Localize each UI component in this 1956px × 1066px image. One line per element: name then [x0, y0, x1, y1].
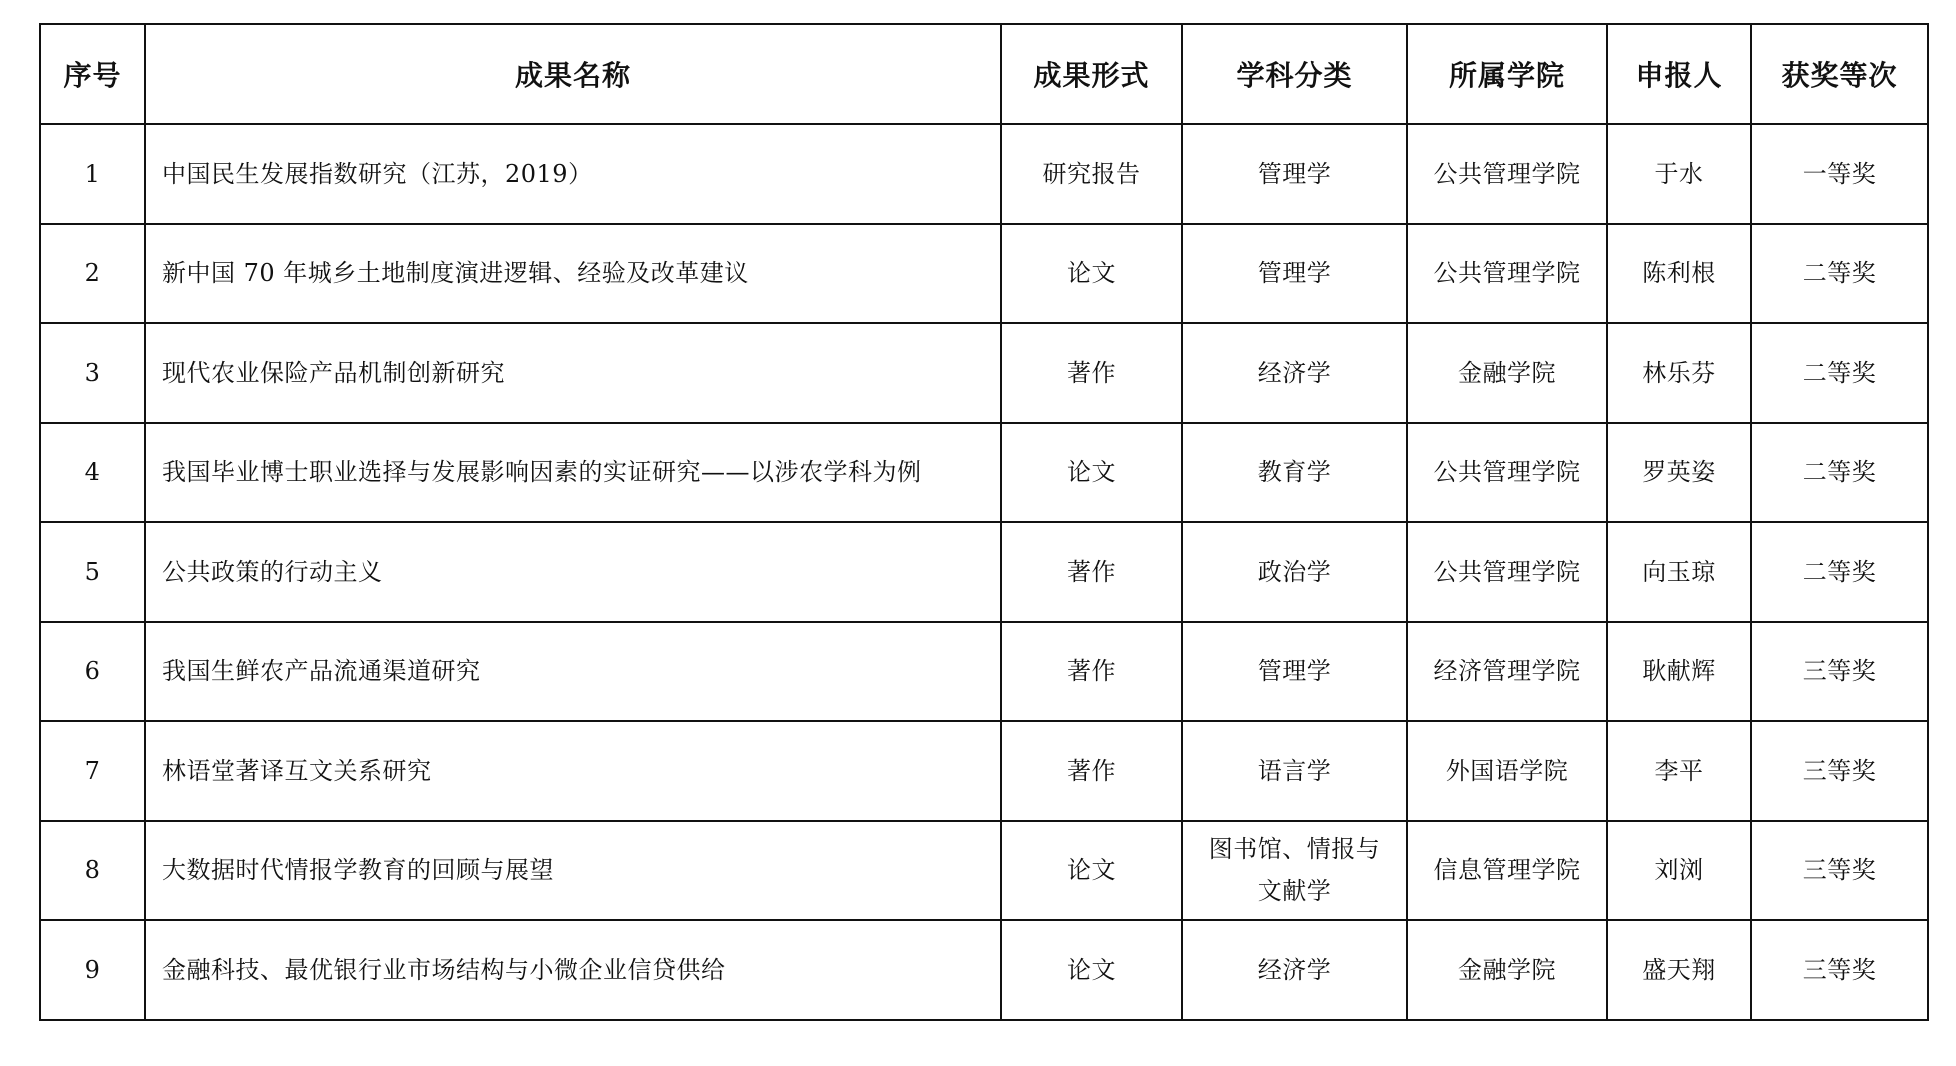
table-row: 5 公共政策的行动主义 著作 政治学 公共管理学院 向玉琼 二等奖	[40, 522, 1928, 622]
cell-applicant: 向玉琼	[1607, 522, 1751, 622]
cell-form: 论文	[1001, 423, 1182, 523]
cell-no: 3	[40, 323, 145, 423]
cell-title: 新中国 70 年城乡土地制度演进逻辑、经验及改革建议	[145, 224, 1001, 324]
cell-title: 我国生鲜农产品流通渠道研究	[145, 622, 1001, 722]
cell-applicant: 刘浏	[1607, 821, 1751, 921]
cell-subject: 经济学	[1182, 323, 1407, 423]
header-award: 获奖等次	[1751, 24, 1928, 124]
cell-form: 论文	[1001, 224, 1182, 324]
cell-award: 三等奖	[1751, 821, 1928, 921]
cell-award: 二等奖	[1751, 522, 1928, 622]
cell-form: 著作	[1001, 323, 1182, 423]
cell-title: 现代农业保险产品机制创新研究	[145, 323, 1001, 423]
cell-subject: 管理学	[1182, 622, 1407, 722]
cell-title: 我国毕业博士职业选择与发展影响因素的实证研究——以涉农学科为例	[145, 423, 1001, 523]
header-no: 序号	[40, 24, 145, 124]
cell-form: 论文	[1001, 920, 1182, 1020]
header-title: 成果名称	[145, 24, 1001, 124]
cell-college: 公共管理学院	[1407, 423, 1607, 523]
table-row: 6 我国生鲜农产品流通渠道研究 著作 管理学 经济管理学院 耿献辉 三等奖	[40, 622, 1928, 722]
cell-title: 林语堂著译互文关系研究	[145, 721, 1001, 821]
header-subject: 学科分类	[1182, 24, 1407, 124]
cell-subject: 管理学	[1182, 124, 1407, 224]
cell-title: 大数据时代情报学教育的回顾与展望	[145, 821, 1001, 921]
cell-applicant: 林乐芬	[1607, 323, 1751, 423]
cell-college: 经济管理学院	[1407, 622, 1607, 722]
cell-subject: 管理学	[1182, 224, 1407, 324]
table-row: 9 金融科技、最优银行业市场结构与小微企业信贷供给 论文 经济学 金融学院 盛天…	[40, 920, 1928, 1020]
header-row: 序号 成果名称 成果形式 学科分类 所属学院 申报人 获奖等次	[40, 24, 1928, 124]
cell-subject: 教育学	[1182, 423, 1407, 523]
cell-applicant: 李平	[1607, 721, 1751, 821]
table-row: 4 我国毕业博士职业选择与发展影响因素的实证研究——以涉农学科为例 论文 教育学…	[40, 423, 1928, 523]
cell-subject: 图书馆、情报与文献学	[1182, 821, 1407, 921]
cell-form: 著作	[1001, 622, 1182, 722]
cell-title: 公共政策的行动主义	[145, 522, 1001, 622]
cell-form: 著作	[1001, 522, 1182, 622]
cell-title: 中国民生发展指数研究（江苏，2019）	[145, 124, 1001, 224]
cell-award: 二等奖	[1751, 423, 1928, 523]
cell-college: 公共管理学院	[1407, 224, 1607, 324]
table-row: 7 林语堂著译互文关系研究 著作 语言学 外国语学院 李平 三等奖	[40, 721, 1928, 821]
cell-no: 1	[40, 124, 145, 224]
cell-award: 一等奖	[1751, 124, 1928, 224]
cell-college: 外国语学院	[1407, 721, 1607, 821]
cell-title: 金融科技、最优银行业市场结构与小微企业信贷供给	[145, 920, 1001, 1020]
cell-no: 8	[40, 821, 145, 921]
cell-applicant: 盛天翔	[1607, 920, 1751, 1020]
cell-subject: 经济学	[1182, 920, 1407, 1020]
cell-applicant: 于水	[1607, 124, 1751, 224]
cell-form: 著作	[1001, 721, 1182, 821]
cell-no: 6	[40, 622, 145, 722]
cell-no: 5	[40, 522, 145, 622]
table-row: 3 现代农业保险产品机制创新研究 著作 经济学 金融学院 林乐芬 二等奖	[40, 323, 1928, 423]
cell-college: 信息管理学院	[1407, 821, 1607, 921]
cell-award: 二等奖	[1751, 224, 1928, 324]
cell-applicant: 罗英姿	[1607, 423, 1751, 523]
cell-no: 9	[40, 920, 145, 1020]
cell-applicant: 陈利根	[1607, 224, 1751, 324]
table-row: 8 大数据时代情报学教育的回顾与展望 论文 图书馆、情报与文献学 信息管理学院 …	[40, 821, 1928, 921]
cell-award: 三等奖	[1751, 920, 1928, 1020]
awards-table: 序号 成果名称 成果形式 学科分类 所属学院 申报人 获奖等次 1 中国民生发展…	[39, 23, 1929, 1021]
cell-no: 7	[40, 721, 145, 821]
cell-award: 三等奖	[1751, 721, 1928, 821]
cell-form: 论文	[1001, 821, 1182, 921]
cell-award: 二等奖	[1751, 323, 1928, 423]
cell-subject: 语言学	[1182, 721, 1407, 821]
table-row: 2 新中国 70 年城乡土地制度演进逻辑、经验及改革建议 论文 管理学 公共管理…	[40, 224, 1928, 324]
table-row: 1 中国民生发展指数研究（江苏，2019） 研究报告 管理学 公共管理学院 于水…	[40, 124, 1928, 224]
cell-college: 金融学院	[1407, 323, 1607, 423]
cell-award: 三等奖	[1751, 622, 1928, 722]
cell-form: 研究报告	[1001, 124, 1182, 224]
cell-college: 金融学院	[1407, 920, 1607, 1020]
header-applicant: 申报人	[1607, 24, 1751, 124]
cell-no: 2	[40, 224, 145, 324]
cell-college: 公共管理学院	[1407, 124, 1607, 224]
header-college: 所属学院	[1407, 24, 1607, 124]
cell-college: 公共管理学院	[1407, 522, 1607, 622]
header-form: 成果形式	[1001, 24, 1182, 124]
cell-no: 4	[40, 423, 145, 523]
cell-subject: 政治学	[1182, 522, 1407, 622]
cell-applicant: 耿献辉	[1607, 622, 1751, 722]
